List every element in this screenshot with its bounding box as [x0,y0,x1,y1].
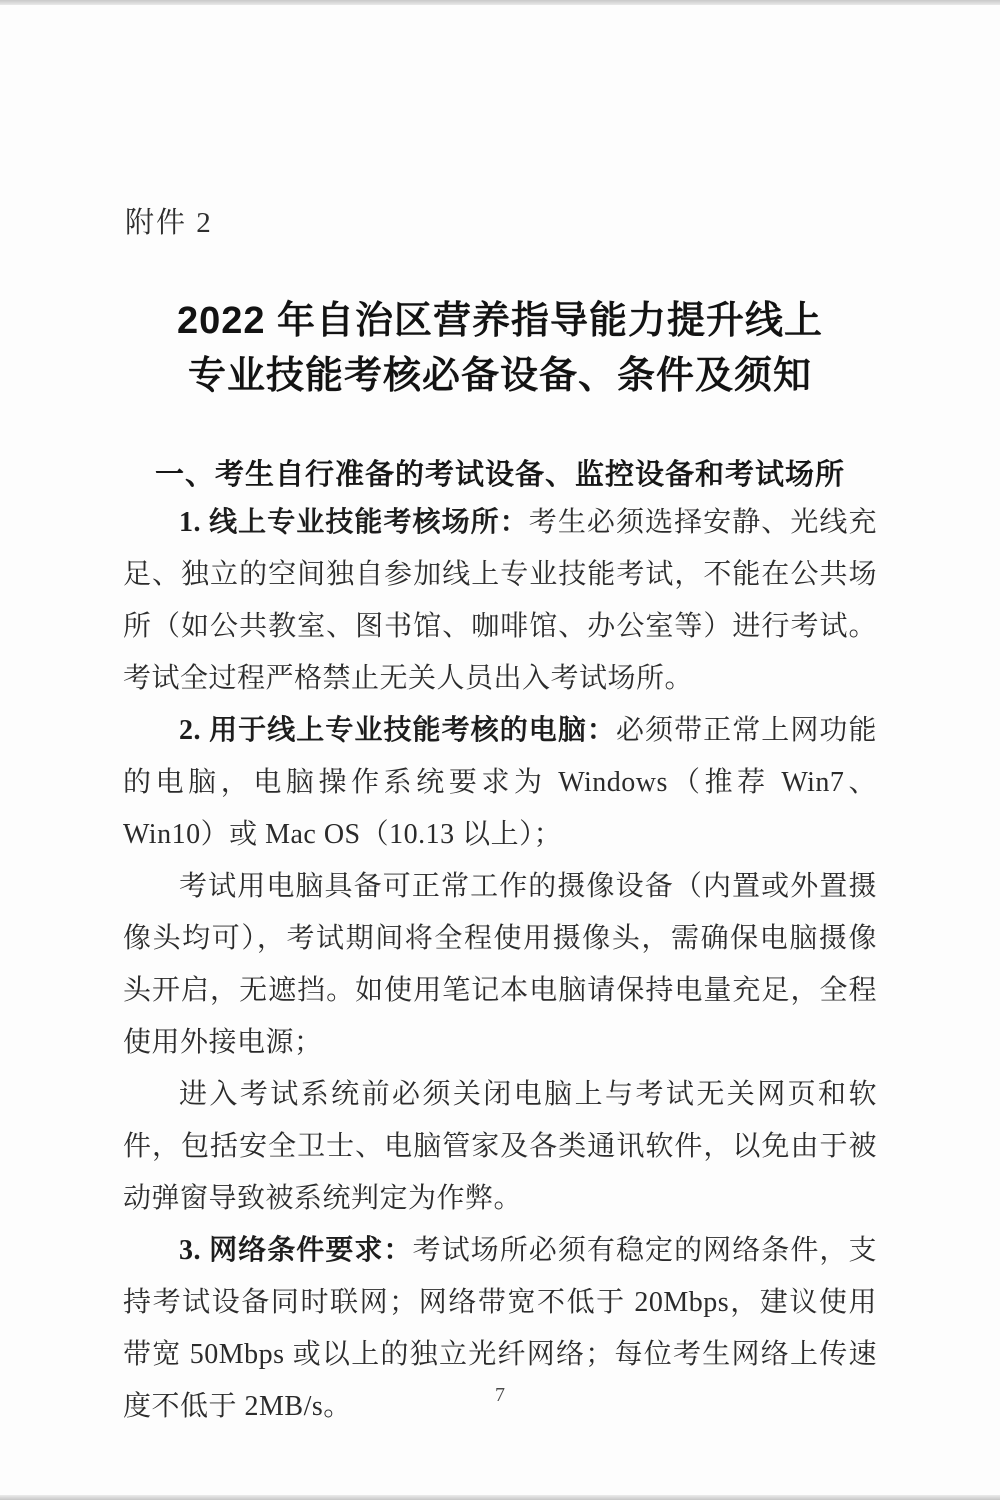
doc-title: 2022 年自治区营养指导能力提升线上 专业技能考核必备设备、条件及须知 [0,294,1000,404]
doc-title-line1: 2022 年自治区营养指导能力提升线上 [0,294,1000,349]
attachment-label: 附件 2 [125,200,213,241]
scan-edge-bottom [0,1495,1000,1500]
section-heading: 一、考生自行准备的考试设备、监控设备和考试场所 [0,452,1000,493]
paragraph-2-lead: 2. 用于线上专业技能考核的电脑： [179,715,616,746]
document-page: 附件 2 2022 年自治区营养指导能力提升线上 专业技能考核必备设备、条件及须… [0,0,1000,1500]
paragraph-3: 考试用电脑具备可正常工作的摄像设备（内置或外置摄像头均可），考试期间将全程使用摄… [123,861,877,1069]
doc-title-line2: 专业技能考核必备设备、条件及须知 [0,349,1000,404]
body-text: 1. 线上专业技能考核场所：考生必须选择安静、光线充足、独立的空间独自参加线上专… [123,497,877,1433]
paragraph-3-text: 考试用电脑具备可正常工作的摄像设备（内置或外置摄像头均可），考试期间将全程使用摄… [123,871,877,1058]
paragraph-1-lead: 1. 线上专业技能考核场所： [179,507,529,538]
paragraph-4-text: 进入考试系统前必须关闭电脑上与考试无关网页和软件，包括安全卫士、电脑管家及各类通… [123,1079,877,1214]
scan-edge-top [0,0,1000,5]
paragraph-1: 1. 线上专业技能考核场所：考生必须选择安静、光线充足、独立的空间独自参加线上专… [123,497,877,705]
paragraph-5-lead: 3. 网络条件要求： [179,1235,413,1266]
paragraph-4: 进入考试系统前必须关闭电脑上与考试无关网页和软件，包括安全卫士、电脑管家及各类通… [123,1069,877,1225]
page-number: 7 [0,1384,1000,1407]
paragraph-2: 2. 用于线上专业技能考核的电脑：必须带正常上网功能的电脑，电脑操作系统要求为 … [123,705,877,861]
